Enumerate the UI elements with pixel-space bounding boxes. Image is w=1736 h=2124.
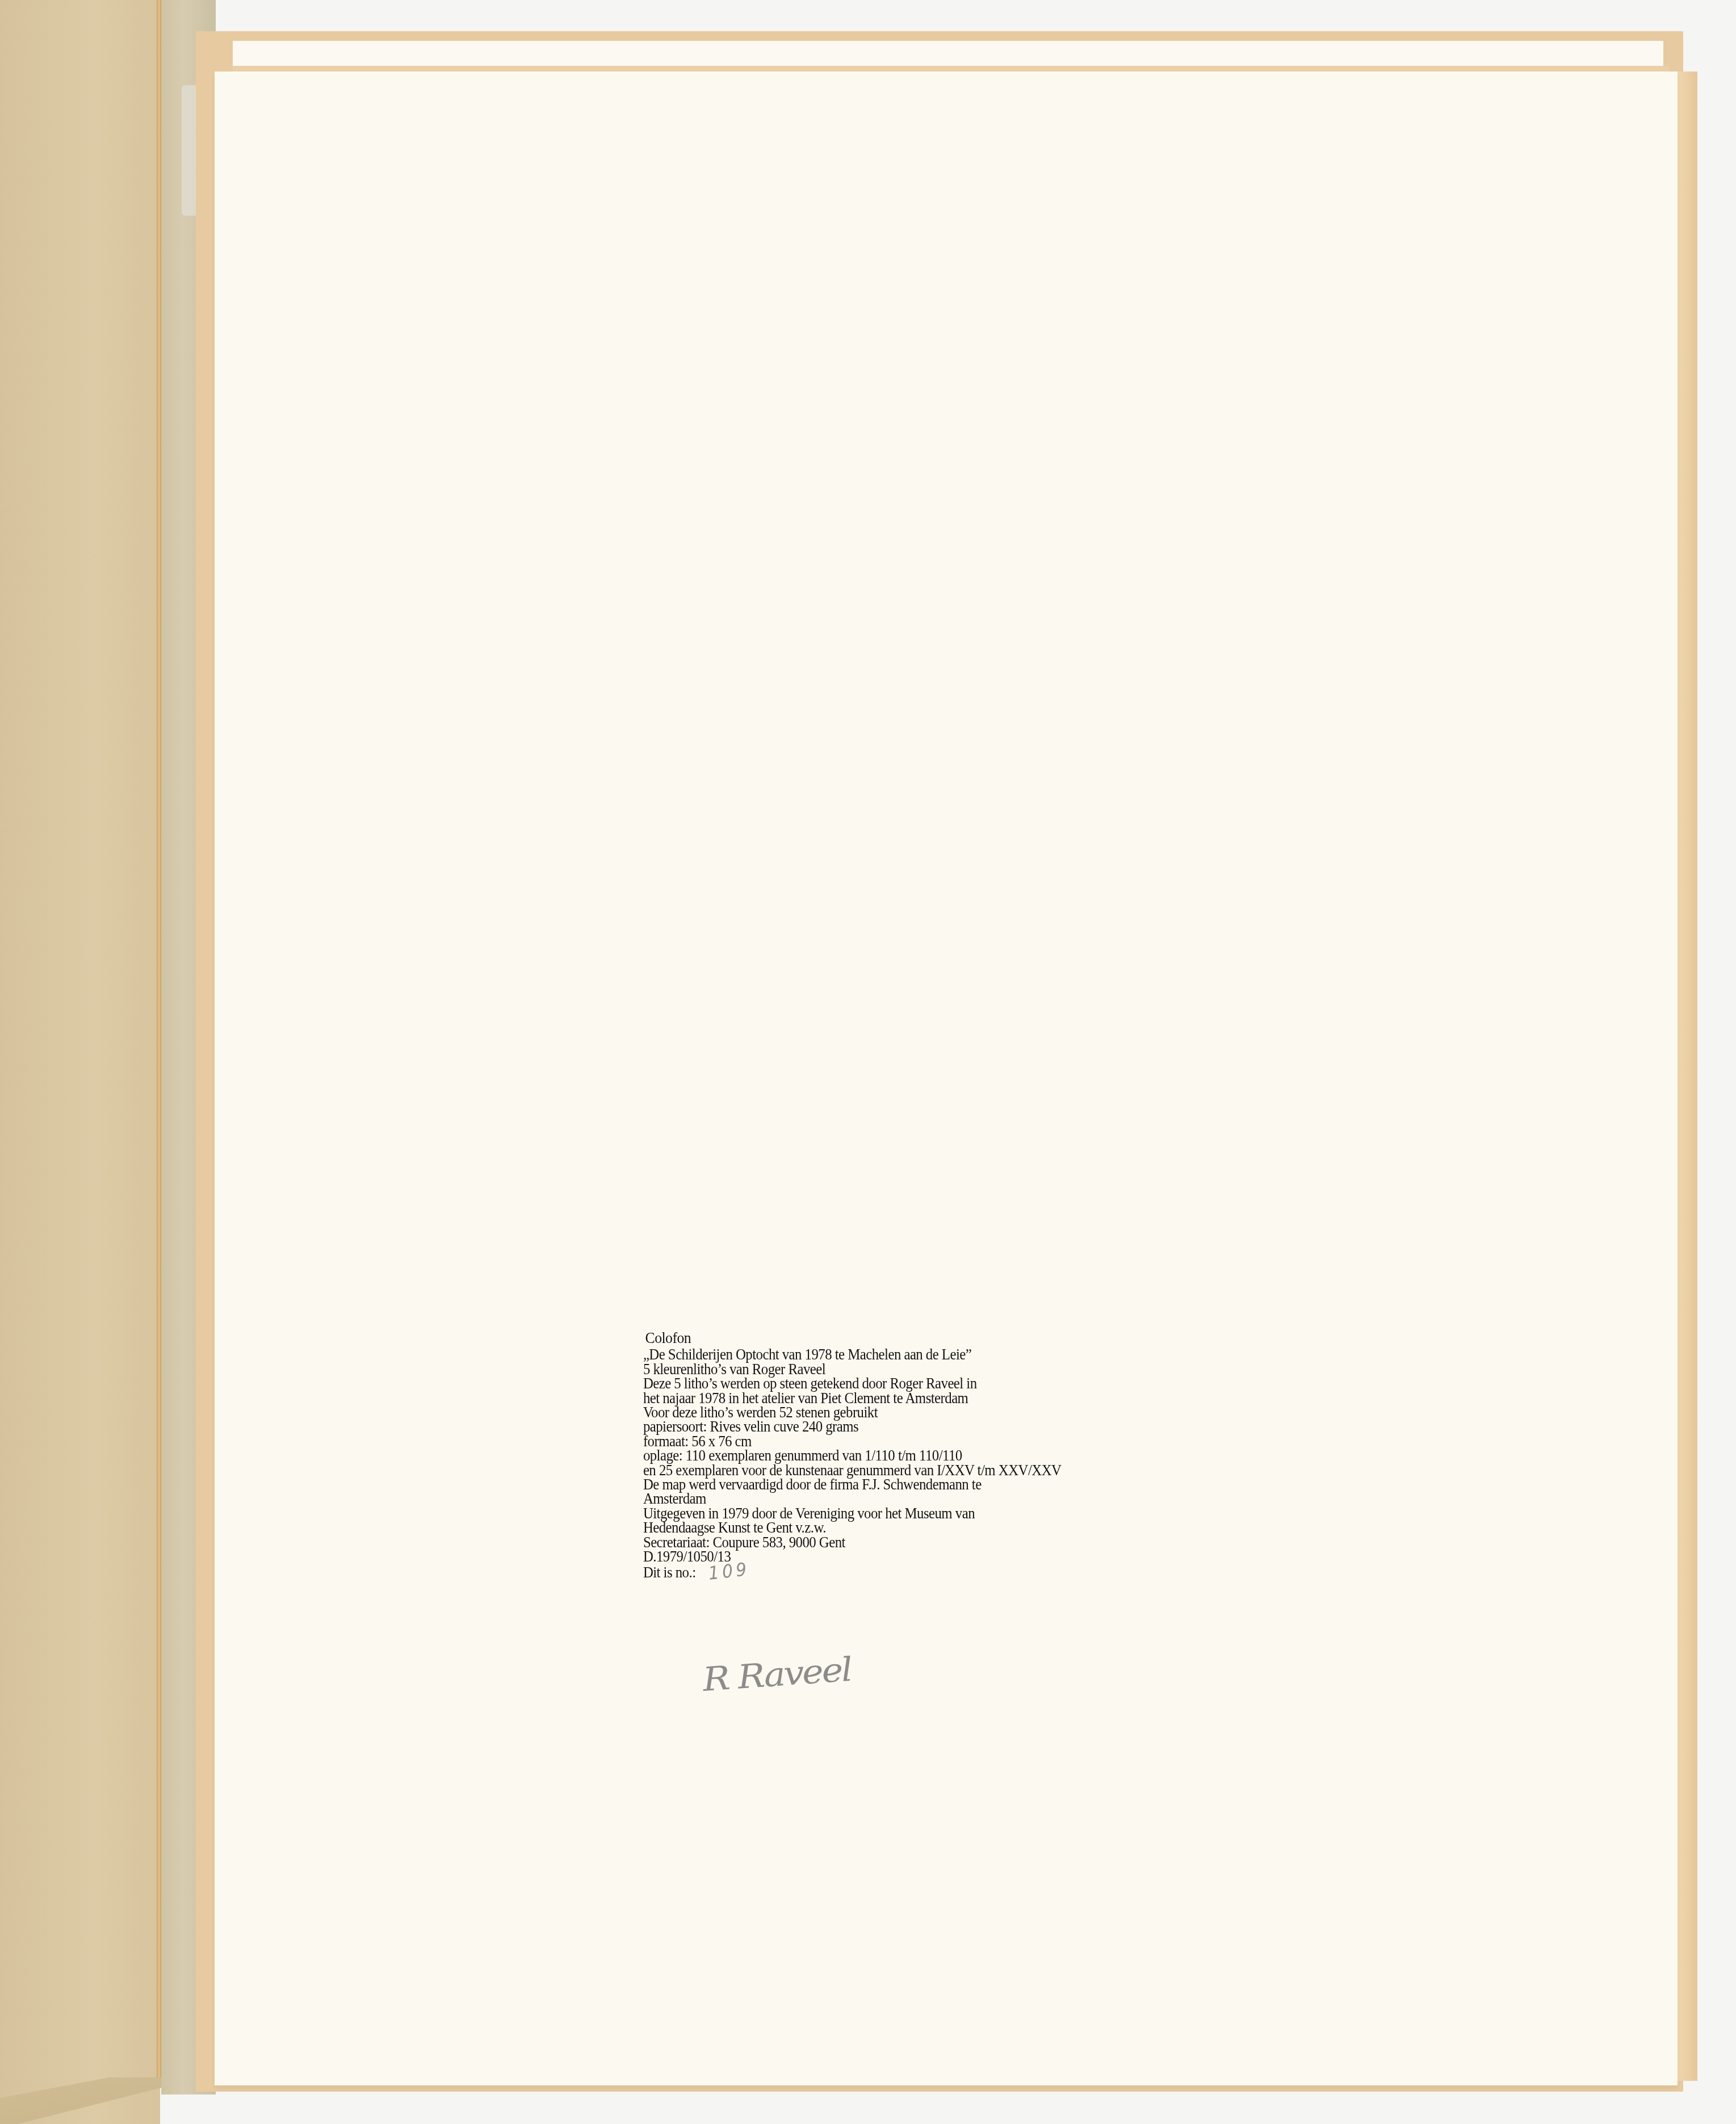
colophon-line: „De Schilderijen Optocht van 1978 te Mac… bbox=[643, 1348, 1062, 1362]
edition-number-row: Dit is no.: 109 bbox=[643, 1564, 1062, 1580]
cover-edge bbox=[157, 0, 161, 2083]
colophon-line: D.1979/1050/13 bbox=[643, 1550, 1062, 1564]
edition-number-label: Dit is no.: bbox=[643, 1564, 696, 1581]
portfolio-right-edge bbox=[1678, 72, 1697, 2081]
colophon-line: Deze 5 litho’s werden op steen getekend … bbox=[643, 1376, 1062, 1391]
colophon-line: oplage: 110 exemplaren genummerd van 1/1… bbox=[643, 1449, 1062, 1463]
handwritten-edition-number: 109 bbox=[708, 1561, 750, 1581]
portfolio-cover bbox=[0, 0, 160, 2124]
colophon-heading: Colofon bbox=[645, 1331, 1062, 1345]
colophon-text-block: Colofon „De Schilderijen Optocht van 197… bbox=[636, 1331, 1061, 1580]
paper-sheet-edge bbox=[233, 66, 1669, 72]
colophon-line: Hedendaagse Kunst te Gent v.z.w. bbox=[643, 1521, 1062, 1535]
colophon-page bbox=[215, 72, 1678, 2085]
